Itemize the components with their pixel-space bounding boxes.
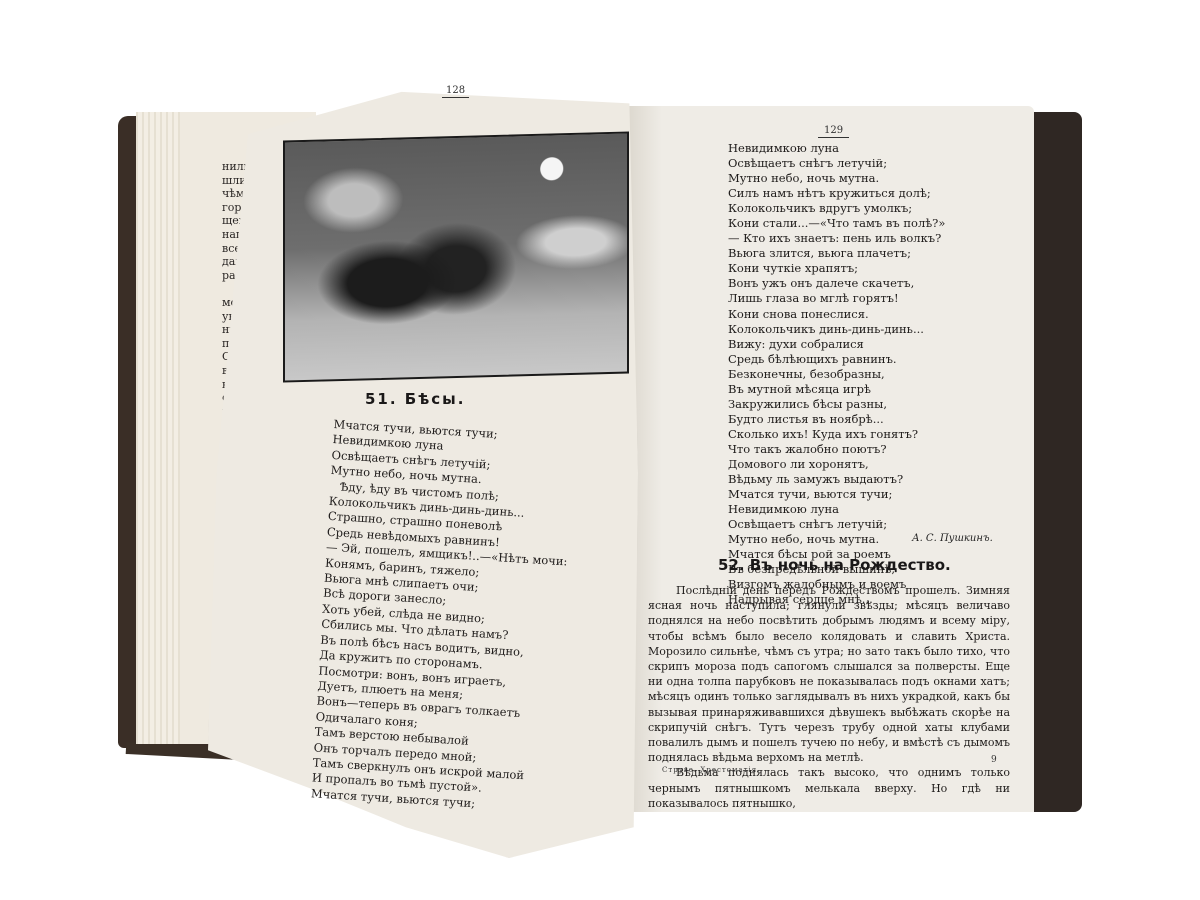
open-book: нили шлис чѣмъ гордо щені напо всему даж… [0, 0, 1200, 900]
poem-line: Что такъ жалобно поютъ? [728, 442, 945, 457]
poem-line: Вьюга злится, вьюга плачетъ; [728, 246, 945, 261]
poem-line: — Кто ихъ знаетъ: пень иль волкъ? [728, 231, 945, 246]
poem-line: Освѣщаетъ снѣгъ летучій; [728, 156, 945, 171]
poem-line: Сколько ихъ! Куда ихъ гонятъ? [728, 427, 945, 442]
poem-line: Невидимкою луна [728, 141, 945, 156]
poem-line: Лишь глаза во мглѣ горятъ! [728, 291, 945, 306]
poem-line: Средь бѣлѣющихъ равнинъ. [728, 352, 945, 367]
paragraph: Послѣдній день передъ Рождествомъ прошел… [648, 583, 1010, 765]
page-edges [136, 112, 180, 744]
prose-text: Послѣдній день передъ Рождествомъ прошел… [648, 583, 1010, 811]
poem-line: Колокольчикъ динь-динь-динь... [728, 322, 945, 337]
poem-line: Освѣщаетъ снѣгъ летучій; [728, 517, 945, 532]
poem-line: Безконечны, безобразны, [728, 367, 945, 382]
illustration-troika-blizzard [283, 131, 629, 382]
poem-line: Колокольчикъ вдругъ умолкъ; [728, 201, 945, 216]
poem-besy: Мчатся тучи, вьются тучи;Невидимкою луна… [310, 417, 575, 816]
signature-mark: 9 [991, 755, 997, 765]
poem-line: Мчатся тучи, вьются тучи; [728, 487, 945, 502]
poem-line: Будто листья въ ноябрѣ... [728, 412, 945, 427]
poem-line: Вонъ ужъ онъ далече скачетъ, [728, 276, 945, 291]
poem-line: Силъ намъ нѣтъ кружиться долѣ; [728, 186, 945, 201]
poem-line: Мутно небо, ночь мутна. [728, 171, 945, 186]
poem-author: А. С. Пушкинъ. [912, 533, 993, 544]
poem-line: Закружились бѣсы разны, [728, 397, 945, 412]
poem-line: Кони снова понеслися. [728, 307, 945, 322]
poem-line: Вѣдьму ль замужъ выдаютъ? [728, 472, 945, 487]
footer-signature: Струве. Хрестоматія. [662, 766, 760, 774]
poem-line: Домового ли хоронятъ, [728, 457, 945, 472]
page-number-128: 128 [442, 85, 469, 98]
book-cover-right [1030, 112, 1082, 812]
page-number-129: 129 [818, 125, 849, 138]
section-title-51: 51. Бѣсы. [365, 390, 465, 408]
poem-line: Кони стали...—«Что тамъ въ полѣ?» [728, 216, 945, 231]
poem-line: Невидимкою луна [728, 502, 945, 517]
poem-line: Кони чуткіе храпятъ; [728, 261, 945, 276]
section-title-52: 52. Въ ночь на Рождество. [718, 556, 951, 574]
poem-line: Вижу: духи собралися [728, 337, 945, 352]
poem-line: Въ мутной мѣсяца игрѣ [728, 382, 945, 397]
